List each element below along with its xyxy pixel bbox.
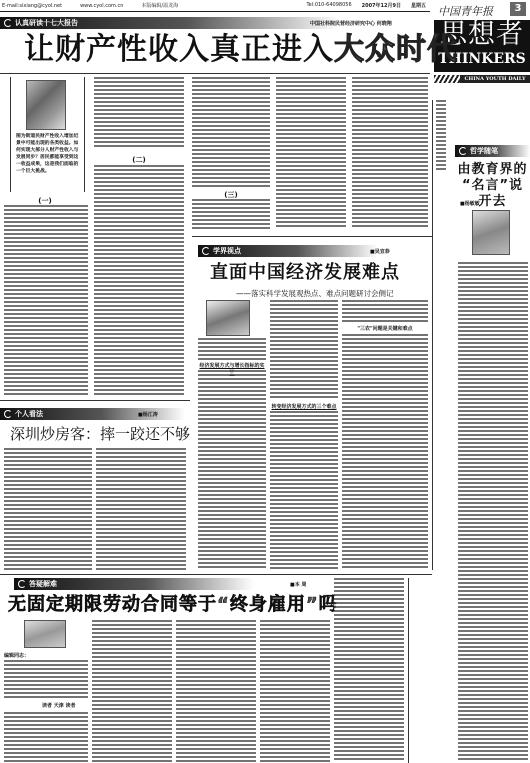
- section-label: 认真研读十七大报告: [15, 18, 78, 28]
- column-rule: [432, 100, 433, 570]
- philosophy-body: [458, 262, 528, 762]
- section-label: 答疑解难: [29, 579, 57, 589]
- header-phone: Tel:010-64098056: [306, 2, 351, 9]
- masthead-stripe: CHINA YOUTH DAILY: [434, 75, 530, 83]
- overflow-text: [436, 100, 446, 170]
- header-date: 2007年12月9日: [362, 2, 401, 9]
- academic-body-col3b: [342, 334, 428, 570]
- personal-body-col2: [96, 448, 186, 570]
- lead-byline: 中国社科院民营经济研究中心 何晓翔: [310, 20, 392, 27]
- divider: [192, 236, 432, 237]
- paper-name-en: CHINA YOUTH DAILY: [460, 75, 530, 83]
- lead-headline: 让财产性收入真正进入大众时代: [24, 33, 458, 67]
- academic-subhead-3: "三农"问题是关键和难点: [342, 325, 428, 332]
- section-icon: [4, 410, 12, 418]
- section-bar-academic: 学界视点: [198, 245, 378, 257]
- qa-answer-col5: [334, 578, 404, 762]
- lead-body-col2b: [94, 165, 184, 397]
- newspaper-logo: 中国青年报: [438, 3, 493, 19]
- divider: [0, 574, 432, 575]
- section-icon: [4, 19, 12, 27]
- subhead-2: (二): [94, 155, 184, 165]
- qa-photo: [24, 620, 66, 648]
- qa-answer-col2: [92, 620, 172, 762]
- personal-headline: 深圳炒房客：摔一跤还不够: [10, 424, 190, 444]
- personal-byline: ■杨江涛: [138, 411, 158, 418]
- section-label: 学界视点: [213, 246, 241, 256]
- header-weekday: 星期五: [411, 2, 426, 9]
- qa-answer-col1: [4, 712, 88, 762]
- academic-subhead-2: 转变经济发展方式的三个难点: [270, 403, 338, 410]
- philosophy-photo: [472, 210, 510, 255]
- headline-highlight: 大众时代: [334, 32, 458, 67]
- academic-photo: [206, 300, 250, 336]
- academic-body-col3a: [342, 300, 428, 322]
- academic-body-col2b: [270, 411, 338, 570]
- section-label: 个人看法: [15, 409, 43, 419]
- qa-byline: ■本 周: [290, 581, 306, 588]
- section-icon: [18, 580, 26, 588]
- qa-headline: 无固定期限劳动合同等于“终身雇用”吗: [8, 594, 338, 616]
- lead-body-col4: [276, 77, 346, 229]
- decorative-stripes: [434, 75, 460, 83]
- lead-body-col5: [352, 77, 428, 229]
- page-header: E-mail:sixiang@cyol.net www.cyol.com.cn …: [0, 0, 430, 12]
- academic-subtitle: ——落实科学发展观热点、难点问题研讨会侧记: [236, 288, 394, 299]
- header-email: E-mail:sixiang@cyol.net: [2, 3, 62, 9]
- photo-frame-left: [10, 77, 11, 192]
- section-bar-philosophy: 哲学随笔: [455, 145, 530, 157]
- section-bar-lead: 认真研读十七大报告: [0, 17, 340, 29]
- academic-body-col2a: [270, 300, 338, 400]
- academic-body-col1b: [198, 370, 266, 570]
- qa-intro-label: 编辑同志：: [4, 652, 29, 659]
- header-website: www.cyol.com.cn: [80, 3, 123, 9]
- philosophy-byline: ■杨敏敏: [460, 200, 480, 207]
- photo-frame-right: [84, 77, 85, 192]
- lead-body-col3b: [192, 199, 270, 229]
- header-editors: 本版编辑/温龙海: [141, 2, 178, 9]
- academic-headline: 直面中国经济发展难点: [210, 262, 400, 284]
- lead-photo: [26, 80, 66, 130]
- qa-answer-col3: [176, 620, 256, 762]
- lead-body-col3a: [192, 77, 270, 189]
- qa-answer-col4: [260, 620, 330, 762]
- section-icon: [459, 147, 467, 155]
- lead-photo-caption: 图为街道民财产性收入增加近景中可能出现的各类收益。如何实现大部分人财产性收入与发…: [16, 133, 82, 175]
- divider: [0, 73, 430, 74]
- page-number: 3: [510, 2, 526, 16]
- column-rule: [408, 578, 409, 763]
- section-icon: [202, 247, 210, 255]
- section-label: 哲学随笔: [470, 146, 498, 156]
- academic-body-col1a: [198, 338, 266, 360]
- qa-signoff: 读者 天津 读者: [42, 702, 75, 709]
- headline-line-1: 由教育界的: [455, 162, 530, 178]
- personal-body-col1: [4, 448, 92, 570]
- section-bar-qa: 答疑解难: [14, 578, 254, 590]
- academic-byline: ■吴宜恭: [370, 248, 390, 255]
- headline-main: 让财产性收入真正进入: [24, 32, 334, 67]
- lead-body-col1: [4, 205, 88, 397]
- lead-body-col2a: [94, 77, 184, 147]
- divider: [0, 400, 190, 401]
- qa-letter-body: [4, 660, 88, 700]
